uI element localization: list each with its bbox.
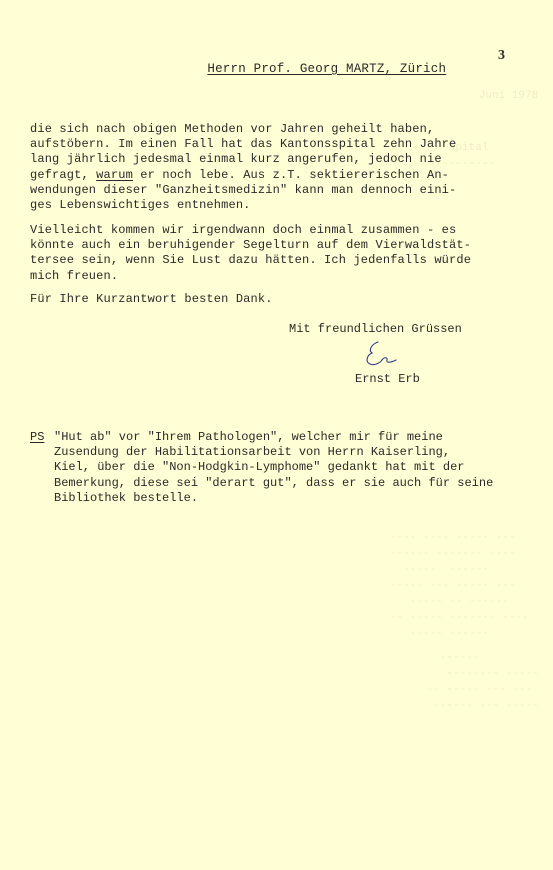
text-line: aufstöbern. Im einen Fall hat das Kanton… [30, 137, 456, 151]
text-line: Für Ihre Kurzantwort besten Dank. [30, 292, 273, 306]
paragraph-3: Für Ihre Kurzantwort besten Dank. [30, 292, 273, 307]
paragraph-2: Vielleicht kommen wir irgendwann doch ei… [30, 223, 471, 284]
text-line: Vielleicht kommen wir irgendwann doch ei… [30, 223, 456, 237]
text-line: ges Lebenswichtiges entnehmen. [30, 198, 251, 212]
postscript: PS"Hut ab" vor "Ihrem Pathologen", welch… [30, 430, 44, 445]
text-line: könnte auch ein beruhigender Segelturn a… [30, 238, 471, 252]
text-line: lang jährlich jedesmal einmal kurz anger… [30, 152, 442, 166]
page-number: 3 [498, 48, 505, 64]
text-line-part: gefragt, [30, 168, 96, 182]
bleed-through-marks: Juni 1978 [360, 88, 538, 104]
recipient-header: Herrn Prof. Georg MARTZ, Zürich [207, 62, 446, 76]
postscript-body: "Hut ab" vor "Ihrem Pathologen", welcher… [54, 430, 493, 506]
signer-name: Ernst Erb [355, 372, 420, 386]
text-line: tersee sein, wenn Sie Lust dazu hätten. … [30, 253, 471, 267]
text-line: Bibliothek bestelle. [54, 491, 198, 505]
text-line: die sich nach obigen Methoden vor Jahren… [30, 122, 434, 136]
bleed-through-marks: ---- ---- ----- --- ------ ------- ---- … [390, 530, 529, 642]
underlined-word: warum [96, 168, 133, 182]
bleed-through-marks: ------ -------- ----- -- ----- --- --- -… [420, 650, 539, 714]
ps-label: PS [30, 430, 44, 444]
text-line: mich freuen. [30, 269, 118, 283]
letter-header: Herrn Prof. Georg MARTZ, Zürich 3 [192, 48, 446, 90]
paragraph-1: die sich nach obigen Methoden vor Jahren… [30, 122, 456, 213]
text-line: Zusendung der Habilitationsarbeit von He… [54, 445, 450, 459]
closing-salutation: Mit freundlichen Grüssen [289, 322, 462, 336]
text-line-part: er noch lebe. Aus z.T. sektiererischen A… [133, 168, 449, 182]
handwritten-signature-icon [362, 338, 402, 372]
text-line: wendungen dieser "Ganzheitsmedizin" kann… [30, 183, 456, 197]
text-line: "Hut ab" vor "Ihrem Pathologen", welcher… [54, 430, 443, 444]
text-line: Kiel, über die "Non-Hodgkin-Lymphome" ge… [54, 460, 464, 474]
text-line: Bemerkung, diese sei "derart gut", dass … [54, 476, 493, 490]
